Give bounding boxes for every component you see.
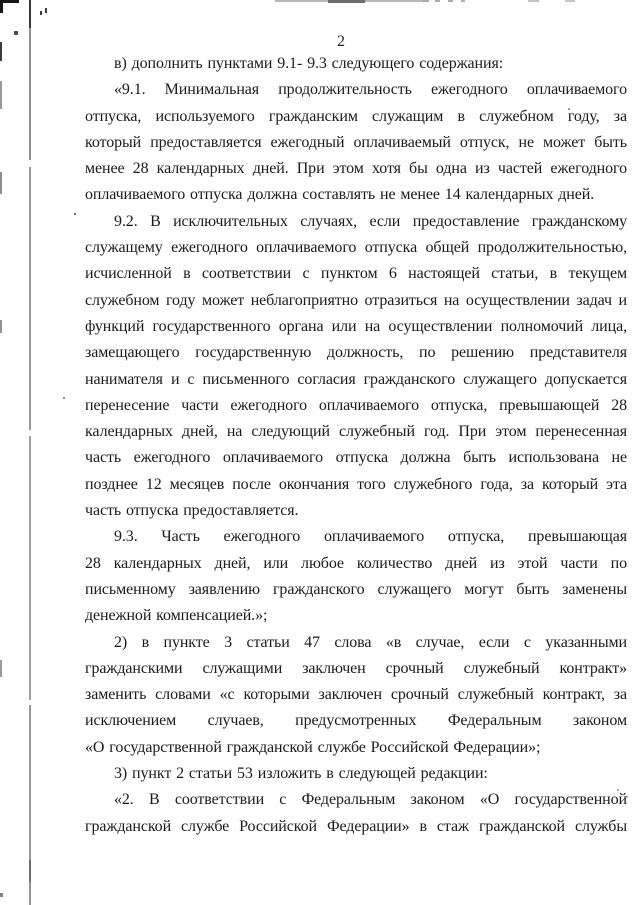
text-line: 9.2. В исключительных случаях, если пред… bbox=[85, 209, 627, 235]
scan-speck bbox=[14, 31, 18, 35]
text-line: который предоставляется ежегодный оплачи… bbox=[85, 130, 627, 156]
text-line: менее 28 календарных дней. При этом хотя… bbox=[85, 156, 627, 182]
text-line: гражданской службе Российской Федерации»… bbox=[85, 814, 627, 840]
paragraph: 2) в пункте 3 статьи 47 слова «в случае,… bbox=[85, 630, 627, 761]
text-line: заменить словами «с которыми заключен ср… bbox=[85, 682, 627, 708]
scan-edge-tick bbox=[0, 42, 2, 61]
scan-edge-dash bbox=[528, 0, 539, 2]
text-line: нанимателя и с письменного согласия граж… bbox=[85, 367, 627, 393]
scan-edge-dash bbox=[435, 0, 440, 2]
scan-speck bbox=[74, 213, 76, 215]
scan-speck bbox=[63, 397, 65, 399]
scan-corner-mark bbox=[0, 0, 3, 13]
text-line: исключением случаев, предусмотренных Фед… bbox=[85, 708, 627, 734]
text-line: письменному заявлению гражданского служа… bbox=[85, 577, 627, 603]
scan-edge-tick bbox=[0, 81, 2, 109]
text-line: 3) пункт 2 статьи 53 изложить в следующе… bbox=[85, 761, 627, 787]
text-block: в) дополнить пунктами 9.1- 9.3 следующег… bbox=[85, 51, 627, 840]
text-line: служебном году может неблагоприятно отра… bbox=[85, 288, 627, 314]
scan-edge-tick bbox=[0, 172, 2, 194]
text-line: 28 календарных дней, или любое количеств… bbox=[85, 551, 627, 577]
paragraph: «2. В соответствии с Федеральным законом… bbox=[85, 787, 627, 840]
paragraph: «9.1. Минимальная продолжительность ежег… bbox=[85, 77, 627, 208]
scan-speck bbox=[40, 11, 42, 15]
document-page: 2 в) дополнить пунктами 9.1- 9.3 следующ… bbox=[0, 0, 640, 905]
text-line: 9.3. Часть ежегодного оплачиваемого отпу… bbox=[85, 524, 627, 550]
scan-edge-tick bbox=[0, 320, 2, 333]
text-line: замещающего государственную должность, п… bbox=[85, 340, 627, 366]
text-line: «О государственной гражданской службе Ро… bbox=[85, 735, 627, 761]
scan-edge-tick bbox=[0, 893, 3, 897]
scan-speck bbox=[45, 8, 47, 13]
paragraph: 9.3. Часть ежегодного оплачиваемого отпу… bbox=[85, 524, 627, 629]
text-line: в) дополнить пунктами 9.1- 9.3 следующег… bbox=[85, 51, 627, 77]
scan-edge-dash bbox=[448, 0, 453, 2]
page-number: 2 bbox=[330, 33, 352, 51]
paragraph: 9.2. В исключительных случаях, если пред… bbox=[85, 209, 627, 525]
text-line: «2. В соответствии с Федеральным законом… bbox=[85, 787, 627, 813]
scan-edge-dash bbox=[461, 0, 465, 2]
text-line: часть отпуска предоставляется. bbox=[85, 498, 627, 524]
paragraph: 3) пункт 2 статьи 53 изложить в следующе… bbox=[85, 761, 627, 787]
scan-edge-dash bbox=[565, 0, 575, 2]
text-line: служащему ежегодного оплачиваемого отпус… bbox=[85, 235, 627, 261]
text-line: исчисленной в соответствии с пунктом 6 н… bbox=[85, 261, 627, 287]
text-line: функций государственного органа или на о… bbox=[85, 314, 627, 340]
text-line: гражданскими служащими заключен срочный … bbox=[85, 656, 627, 682]
text-line: позднее 12 месяцев после окончания того … bbox=[85, 472, 627, 498]
scan-edge-dash bbox=[423, 0, 429, 2]
text-line: оплачиваемого отпуска должна составлять … bbox=[85, 182, 627, 208]
scan-edge-dash bbox=[328, 0, 365, 3]
scan-edge-line bbox=[275, 0, 423, 2]
scan-fold-line bbox=[29, 0, 31, 905]
text-line: перенесение части ежегодного оплачиваемо… bbox=[85, 393, 627, 419]
text-line: денежной компенсацией.»; bbox=[85, 603, 627, 629]
text-line: часть ежегодного оплачиваемого отпуска д… bbox=[85, 445, 627, 471]
scan-corner-mark bbox=[0, 0, 19, 3]
text-line: «9.1. Минимальная продолжительность ежег… bbox=[85, 77, 627, 103]
paragraph: в) дополнить пунктами 9.1- 9.3 следующег… bbox=[85, 51, 627, 77]
text-line: календарных дней, на следующий служебный… bbox=[85, 419, 627, 445]
text-line: отпуска, используемого гражданским служа… bbox=[85, 104, 627, 130]
scan-edge-tick bbox=[0, 660, 2, 677]
text-line: 2) в пункте 3 статьи 47 слова «в случае,… bbox=[85, 630, 627, 656]
